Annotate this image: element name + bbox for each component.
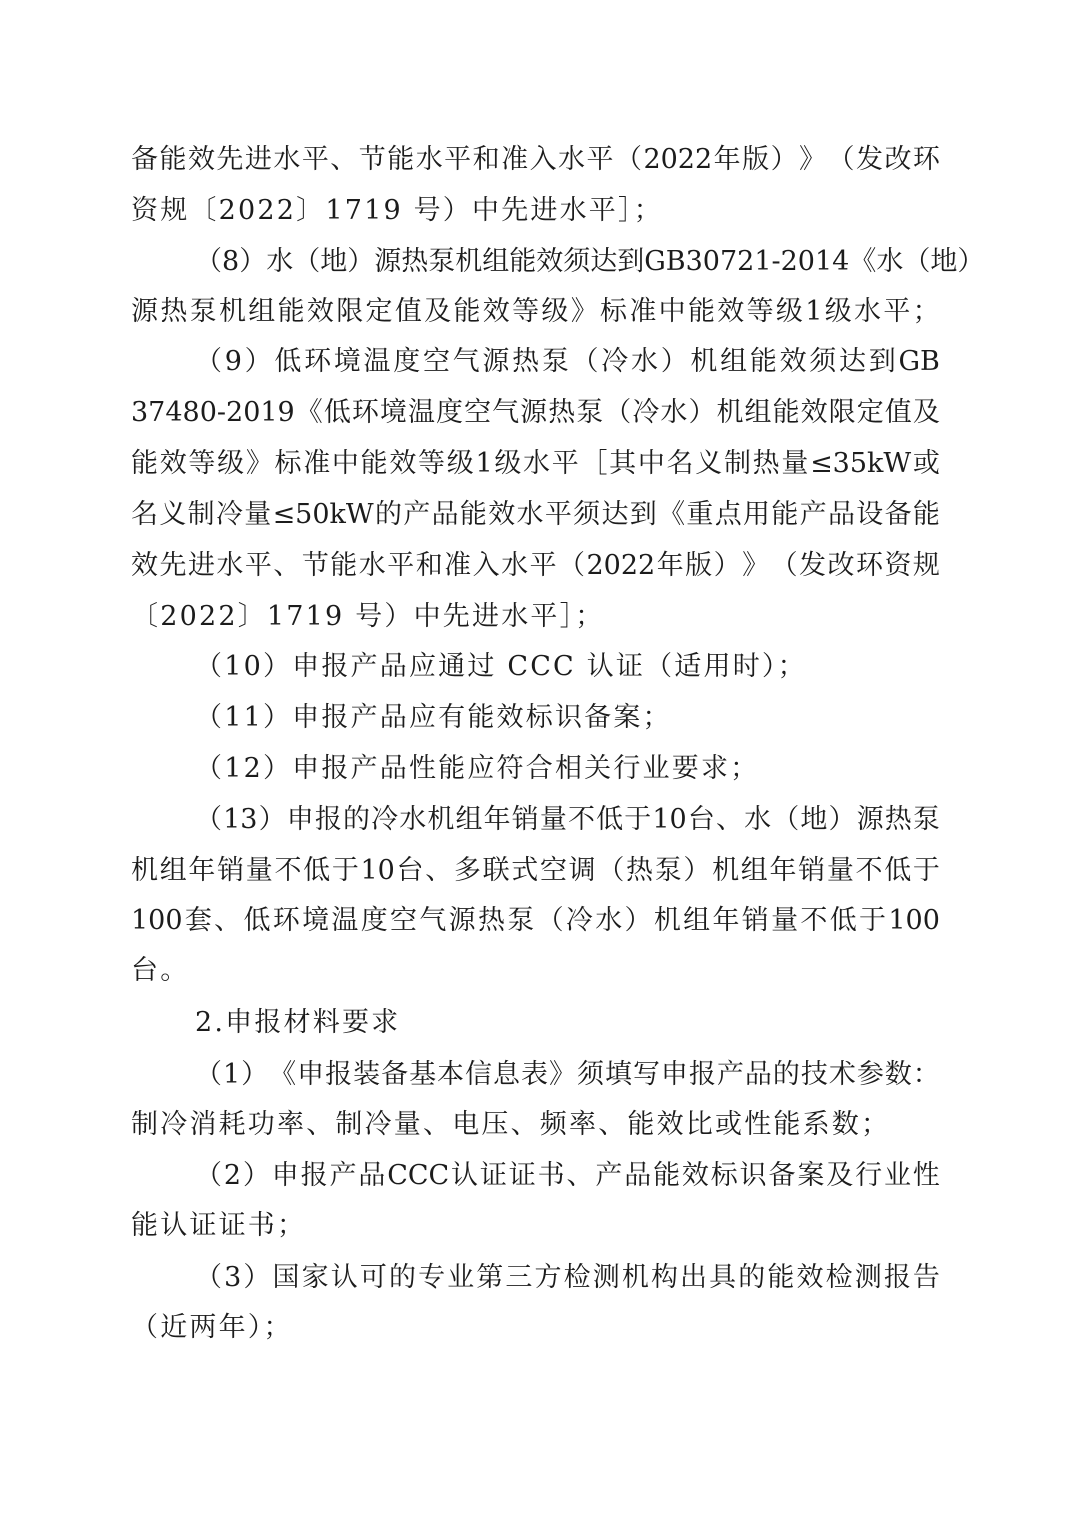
text-line: 100套、低环境温度空气源热泵（冷水）机组年销量不低于100 — [131, 901, 940, 941]
section-heading: 2.申报材料要求 — [195, 1003, 940, 1043]
text-line: 能认证证书； — [131, 1206, 940, 1246]
text-line: （2）申报产品CCC认证证书、产品能效标识备案及行业性 — [195, 1156, 940, 1196]
text-line: 37480-2019《低环境温度空气源热泵（冷水）机组能效限定值及 — [131, 393, 940, 433]
text-line: （9）低环境温度空气源热泵（冷水）机组能效须达到GB — [195, 342, 940, 382]
text-line: 效先进水平、节能水平和准入水平（2022年版）》（发改环资规 — [131, 546, 940, 586]
document-page: 备能效先进水平、节能水平和准入水平（2022年版）》（发改环 资规〔2022〕1… — [0, 0, 1080, 1527]
text-line: （11）申报产品应有能效标识备案； — [195, 698, 940, 738]
text-line: 资规〔2022〕1719 号）中先进水平］； — [131, 191, 940, 231]
text-line: 机组年销量不低于10台、多联式空调（热泵）机组年销量不低于 — [131, 851, 940, 891]
text-line: （1）《申报装备基本信息表》须填写申报产品的技术参数： — [195, 1055, 940, 1095]
text-line: 备能效先进水平、节能水平和准入水平（2022年版）》（发改环 — [131, 140, 940, 180]
text-line: 制冷消耗功率、制冷量、电压、频率、能效比或性能系数； — [131, 1105, 940, 1145]
text-line: （12）申报产品性能应符合相关行业要求； — [195, 749, 940, 789]
text-line: （3）国家认可的专业第三方检测机构出具的能效检测报告 — [195, 1258, 940, 1298]
text-line: （近两年）； — [131, 1308, 940, 1348]
text-line: 能效等级》标准中能效等级1级水平［其中名义制热量≤35kW或 — [131, 444, 940, 484]
text-line: 台。 — [131, 951, 940, 991]
text-line: （13）申报的冷水机组年销量不低于10台、水（地）源热泵 — [195, 800, 940, 840]
text-line: （8）水（地）源热泵机组能效须达到GB30721-2014《水（地） — [195, 242, 940, 282]
text-line: 〔2022〕1719 号）中先进水平］； — [131, 597, 940, 637]
text-line: （10）申报产品应通过 CCC 认证（适用时）； — [195, 647, 940, 687]
text-line: 名义制冷量≤50kW的产品能效水平须达到《重点用能产品设备能 — [131, 495, 940, 535]
text-line: 源热泵机组能效限定值及能效等级》标准中能效等级1级水平； — [131, 292, 940, 332]
